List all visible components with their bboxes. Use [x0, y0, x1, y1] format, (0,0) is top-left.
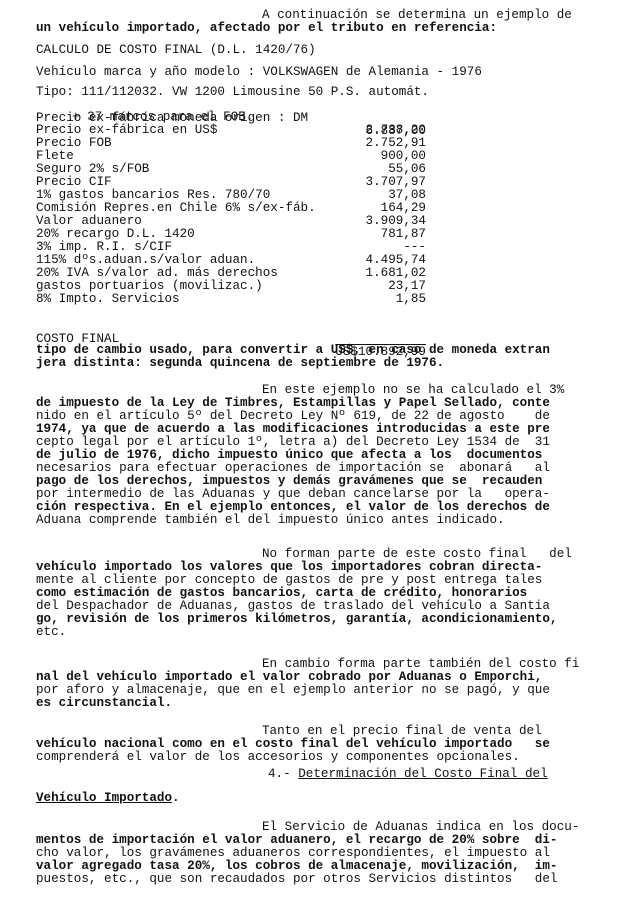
paragraph-line: es circunstancial. — [36, 697, 172, 710]
calc-title: CALCULO DE COSTO FINAL (D.L. 1420/76) — [36, 44, 316, 57]
vehicle-type: Tipo: 111/112032. VW 1200 Limousine 50 P… — [36, 86, 429, 99]
section-heading: 4.- Determinación del Costo Final del — [268, 768, 548, 781]
intro-line-2: un vehículo importado, afectado por el t… — [36, 22, 497, 35]
paragraph-line: puestos, etc., que son recaudados por ot… — [36, 873, 557, 886]
paragraph-line: comprenderá el valor de los accesorios y… — [36, 751, 520, 764]
table-row: Precio FOB2.752,91 — [36, 137, 426, 150]
section-title-part1: Determinación del Costo Final del — [298, 767, 547, 781]
section-heading-cont: Vehículo Importado. — [36, 792, 180, 805]
row-label: 8% Impto. Servicios — [36, 293, 180, 306]
paragraph-line: etc. — [36, 626, 66, 639]
row-value: 1,85 — [396, 293, 426, 306]
table-row: 8% Impto. Servicios1,85 — [36, 293, 426, 306]
exchange-line-2: jera distinta: segunda quincena de septi… — [36, 357, 444, 370]
paragraph-line: go, revisión de los primeros kilómetros,… — [36, 613, 557, 626]
section-number: 4.- — [268, 767, 291, 781]
total-row: COSTO FINAL US$10.892,99 — [36, 320, 426, 333]
vehicle-model: Vehículo marca y año modelo : VOLKSWAGEN… — [36, 66, 482, 79]
section-title-part2: Vehículo Importado — [36, 791, 172, 805]
paragraph-line: Aduana comprende también el del impuesto… — [36, 514, 505, 527]
